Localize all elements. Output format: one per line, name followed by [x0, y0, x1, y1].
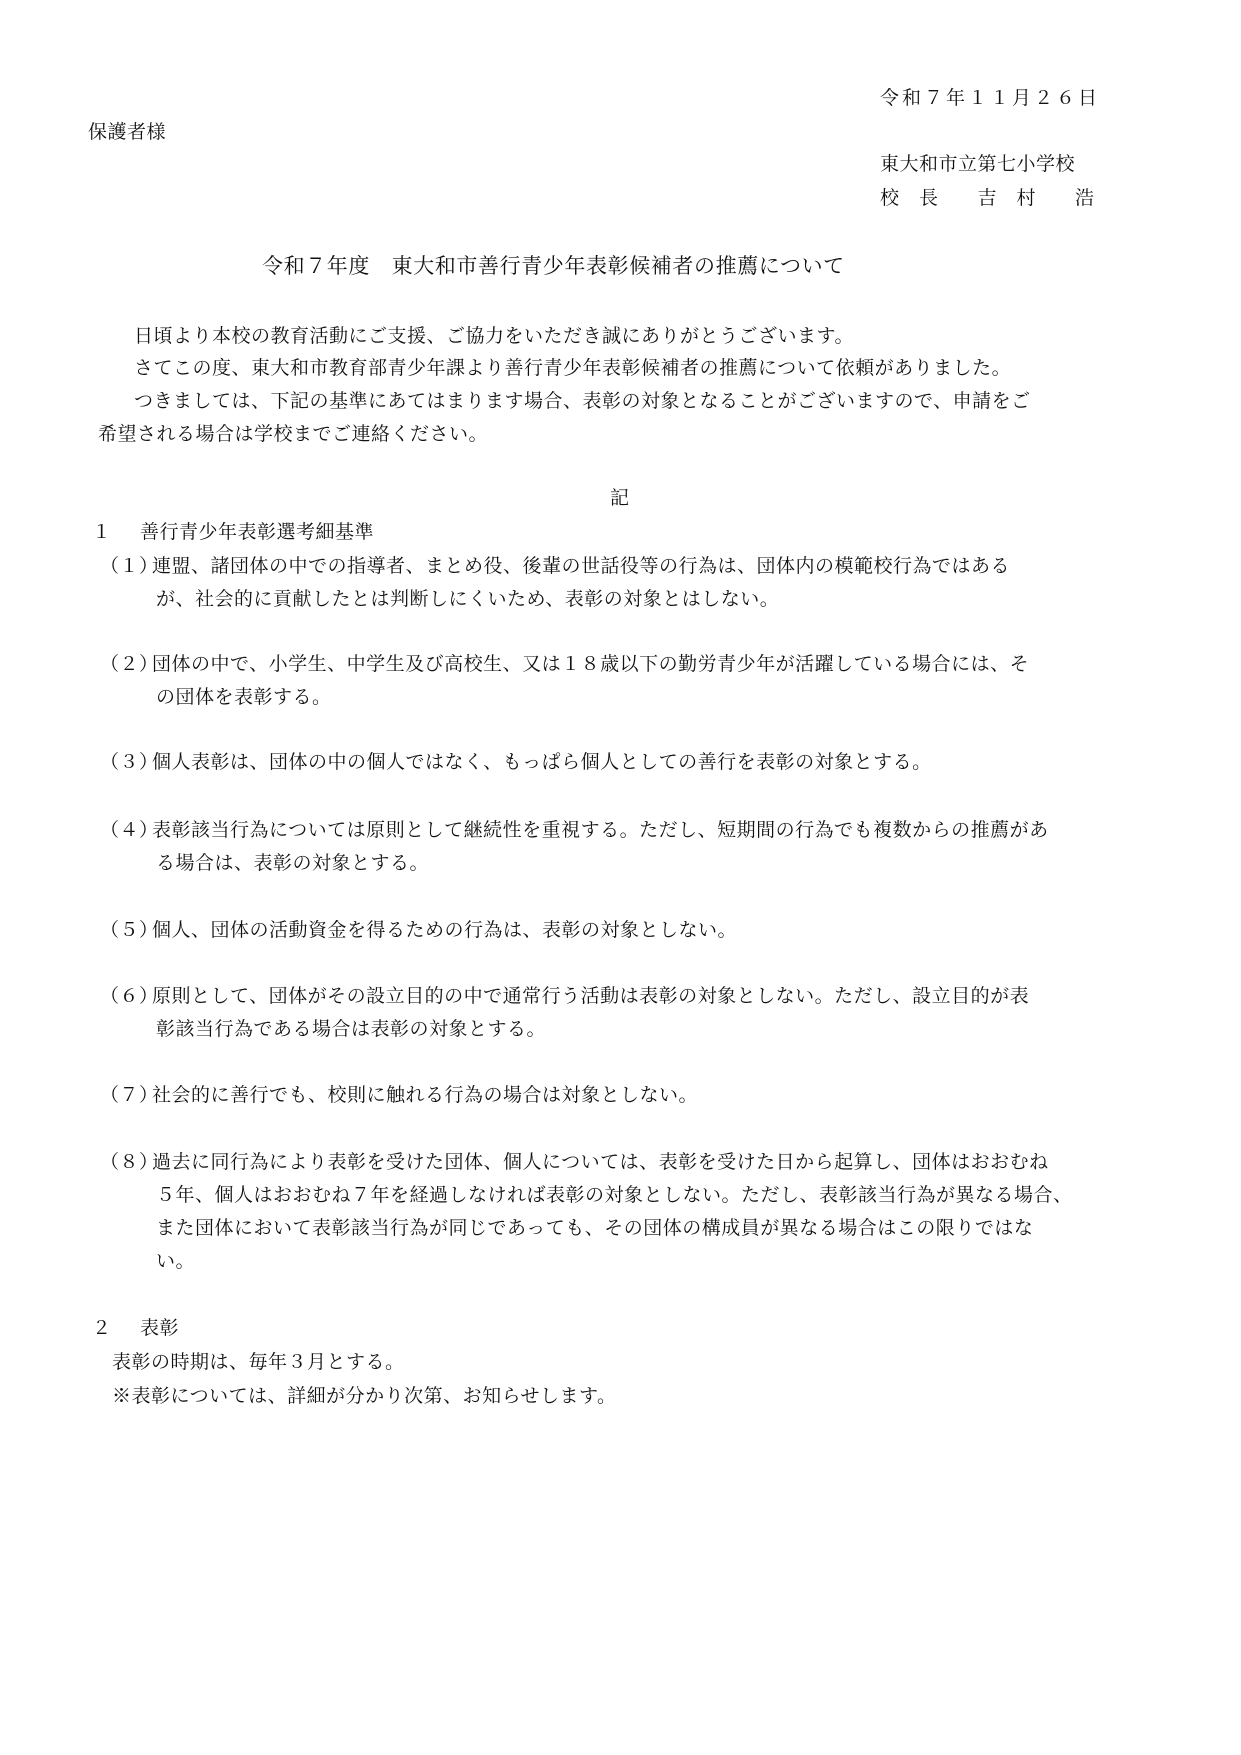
section-2-note: ※表彰については、詳細が分かり次第、お知らせします。 [112, 1384, 617, 1408]
document-date: 令和７年１１月２６日 [880, 86, 1100, 110]
intro-paragraph-1: 日頃より本校の教育活動にご支援、ご協力をいただき誠にありがとうございます。 [134, 324, 854, 348]
intro-paragraph-2: さてこの度、東大和市教育部青少年課より善行青少年表彰候補者の推薦について依頼があ… [134, 356, 1011, 380]
item-text: 連盟、諸団体の中での指導者、まとめ役、後輩の世話役等の行為は、団体内の模範校行為… [152, 555, 1010, 577]
section-1-number: １ [92, 520, 140, 544]
item-text: 原則として、団体がその設立目的の中で通常行う活動は表彰の対象としない。ただし、設… [152, 985, 1029, 1007]
sender-principal: 校 長 吉 村 浩 [880, 186, 1095, 210]
criteria-item-7: （７）社会的に善行でも、校則に触れる行為の場合は対象としない。 [100, 1083, 698, 1107]
criteria-item-4-cont: る場合は、表彰の対象とする。 [156, 851, 429, 875]
intro-paragraph-3-line-1: つきましては、下記の基準にあてはまります場合、表彰の対象となることがございますの… [134, 389, 1031, 413]
ki-heading: 記 [610, 486, 630, 510]
document-title: 令和７年度 東大和市善行青少年表彰候補者の推薦について [262, 254, 845, 278]
item-number: （１） [100, 554, 152, 578]
criteria-item-2: （２）団体の中で、小学生、中学生及び高校生、又は１８歳以下の勤労青少年が活躍して… [100, 652, 1029, 676]
item-text: 社会的に善行でも、校則に触れる行為の場合は対象としない。 [152, 1084, 698, 1106]
section-2-number: ２ [92, 1316, 140, 1340]
criteria-item-8: （８）過去に同行為により表彰を受けた団体、個人については、表彰を受けた日から起算… [100, 1150, 1049, 1174]
item-number: （８） [100, 1150, 152, 1174]
section-1-title: 善行青少年表彰選考細基準 [140, 521, 374, 543]
criteria-item-4: （４）表彰該当行為については原則として継続性を重視する。ただし、短期間の行為でも… [100, 818, 1049, 842]
criteria-item-8-cont-1: ５年、個人はおおむね７年を経過しなければ表彰の対象としない。ただし、表彰該当行為… [156, 1183, 1073, 1207]
criteria-item-6: （６）原則として、団体がその設立目的の中で通常行う活動は表彰の対象としない。ただ… [100, 984, 1029, 1008]
criteria-item-3: （３）個人表彰は、団体の中の個人ではなく、もっぱら個人としての善行を表彰の対象と… [100, 750, 932, 774]
item-text: 団体の中で、小学生、中学生及び高校生、又は１８歳以下の勤労青少年が活躍している場… [152, 653, 1029, 675]
section-2-line-1: 表彰の時期は、毎年３月とする。 [112, 1350, 405, 1374]
section-2-title: 表彰 [140, 1317, 179, 1339]
intro-paragraph-3-line-2: 希望される場合は学校までご連絡ください。 [98, 422, 488, 446]
criteria-item-1: （１）連盟、諸団体の中での指導者、まとめ役、後輩の世話役等の行為は、団体内の模範… [100, 554, 1010, 578]
item-number: （６） [100, 984, 152, 1008]
criteria-item-6-cont: 彰該当行為である場合は表彰の対象とする。 [156, 1017, 546, 1041]
item-number: （７） [100, 1083, 152, 1107]
item-number: （３） [100, 750, 152, 774]
item-text: 表彰該当行為については原則として継続性を重視する。ただし、短期間の行為でも複数か… [152, 819, 1049, 841]
criteria-item-2-cont: の団体を表彰する。 [156, 685, 332, 709]
section-2-heading: ２表彰 [92, 1316, 179, 1340]
item-text: 過去に同行為により表彰を受けた団体、個人については、表彰を受けた日から起算し、団… [152, 1151, 1049, 1173]
item-number: （２） [100, 652, 152, 676]
item-number: （４） [100, 818, 152, 842]
item-number: （５） [100, 918, 152, 942]
item-text: 個人、団体の活動資金を得るための行為は、表彰の対象としない。 [152, 919, 737, 941]
criteria-item-8-cont-3: い。 [156, 1249, 195, 1273]
criteria-item-8-cont-2: また団体において表彰該当行為が同じであっても、その団体の構成員が異なる場合はこの… [156, 1216, 1033, 1240]
criteria-item-5: （５）個人、団体の活動資金を得るための行為は、表彰の対象としない。 [100, 918, 737, 942]
recipient: 保護者様 [88, 120, 166, 144]
section-1-heading: １善行青少年表彰選考細基準 [92, 520, 374, 544]
item-text: 個人表彰は、団体の中の個人ではなく、もっぱら個人としての善行を表彰の対象とする。 [152, 751, 932, 773]
sender-organization: 東大和市立第七小学校 [880, 152, 1075, 176]
criteria-item-1-cont: が、社会的に貢献したとは判断しにくいため、表彰の対象とはしない。 [156, 587, 779, 611]
